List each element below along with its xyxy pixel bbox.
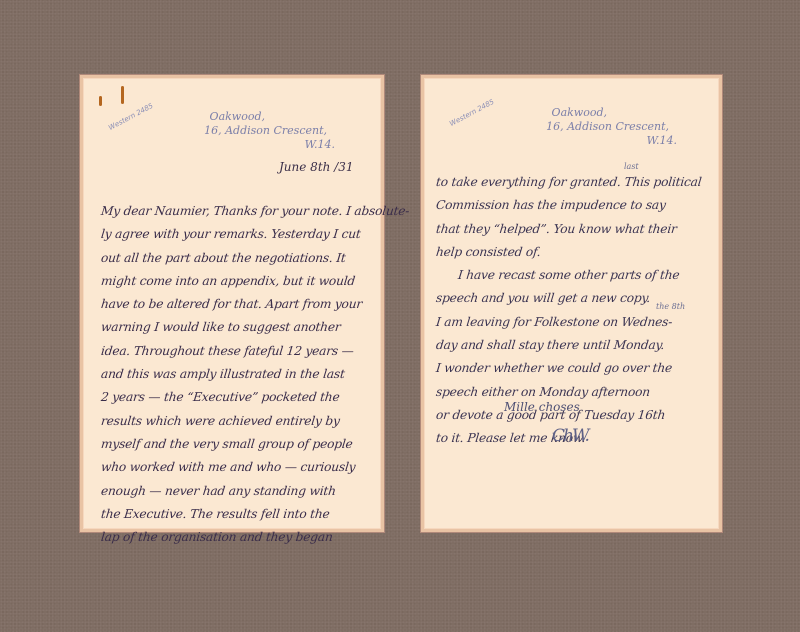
letterhead-street: 16, Addison Crescent, (546, 120, 669, 134)
body-line: results which were achieved entirely by (100, 410, 368, 433)
telephone-stamp: Western 2485 (107, 102, 154, 132)
telephone-stamp: Western 2485 (448, 98, 495, 128)
letter-page-2: Western 2485 Oakwood, 16, Addison Cresce… (421, 75, 722, 532)
rust-stain (99, 96, 102, 106)
body-line: I wonder whether we could go over the (435, 357, 706, 380)
body-line: help consisted of. (435, 241, 706, 264)
letter-date: June 8th /31 (279, 160, 354, 174)
body-line: and this was amply illustrated in the la… (100, 363, 368, 386)
body-line: I have recast some other parts of the (435, 264, 706, 287)
body-line: to take everything for granted. This pol… (435, 171, 706, 194)
body-line: lap of the organisation and they began (100, 526, 368, 549)
body-line: I am leaving for Folkestone on Wednes- (435, 311, 706, 334)
letterhead-street: 16, Addison Crescent, (204, 124, 327, 138)
body-line: day and shall stay there until Monday. (435, 334, 706, 357)
body-line: the Executive. The results fell into the (100, 503, 368, 526)
letter-page-1: Western 2485 Oakwood, 16, Addison Cresce… (80, 75, 384, 532)
letterhead-postcode: W.14. (204, 138, 335, 152)
letterhead-postcode: W.14. (546, 134, 677, 148)
body-line: might come into an appendix, but it woul… (100, 270, 368, 293)
body-line: 2 years — the “Executive” pocketed the (100, 386, 368, 409)
body-line: warning I would like to suggest another (100, 316, 368, 339)
body-line: enough — never had any standing with (100, 480, 368, 503)
letterhead-house: Oakwood, (204, 110, 265, 124)
body-line: myself and the very small group of peopl… (100, 433, 368, 456)
letterhead-house: Oakwood, (546, 106, 607, 120)
letter-body: My dear Naumier, Thanks for your note. I… (101, 200, 367, 549)
body-line: have to be altered for that. Apart from … (100, 293, 368, 316)
letterhead: Oakwood, 16, Addison Crescent, W.14. (204, 110, 335, 152)
body-line: who worked with me and who — curiously (100, 456, 368, 479)
closing: Mille choses (504, 400, 580, 414)
body-line: speech and you will get a new copy. (435, 287, 706, 310)
body-line: out all the part about the negotiations.… (100, 247, 368, 270)
rust-stain (121, 86, 124, 104)
letterhead: Oakwood, 16, Addison Crescent, W.14. (546, 106, 677, 148)
body-line: My dear Naumier, Thanks for your note. I… (100, 200, 368, 223)
body-line: idea. Throughout these fateful 12 years … (100, 340, 368, 363)
body-line: ly agree with your remarks. Yesterday I … (100, 223, 368, 246)
interlinear-insertion: last (624, 162, 639, 171)
body-line: Commission has the impudence to say (435, 194, 706, 217)
body-line: that they “helped”. You know what their (435, 218, 706, 241)
signature: ChW. (552, 426, 588, 446)
